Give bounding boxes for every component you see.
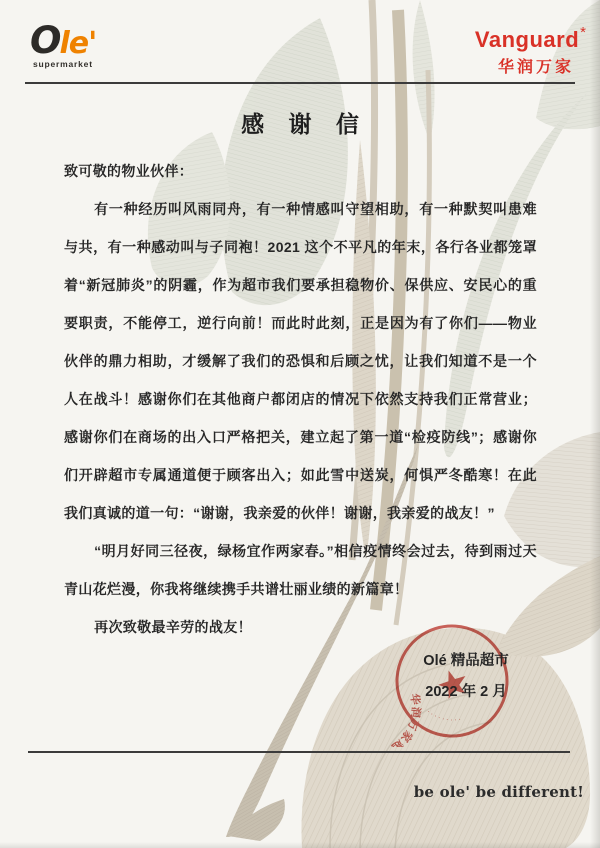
signature-org: Olé 精品超市 <box>396 646 536 677</box>
footer-rule <box>28 751 570 753</box>
vanguard-star-icon: * <box>580 24 586 41</box>
salutation: 致可敬的物业伙伴： <box>64 152 537 190</box>
paragraph-2: “明月好同三径夜，绿杨宜作两家春。”相信疫情终会过去，待到雨过天青山花烂漫，你我… <box>64 532 537 608</box>
signature-block: Olé 精品超市 2022 年 2 月 <box>396 646 536 708</box>
signature-date: 2022 年 2 月 <box>396 677 536 708</box>
scan-edge-bottom <box>0 842 600 848</box>
brand-slogan: be ole' be different! <box>414 783 584 801</box>
ole-logo-o: O <box>30 22 59 59</box>
scan-edge-right <box>590 0 600 848</box>
ole-logo: Ole' supermarket <box>30 22 96 69</box>
letter-body: 致可敬的物业伙伴： 有一种经历叫风雨同舟，有一种情感叫守望相助，有一种默契叫患难… <box>64 152 537 646</box>
letter-page: Ole' supermarket Vanguard* 华润万家 感 谢 信 致可… <box>0 0 600 848</box>
header-rule <box>25 82 575 84</box>
ole-logo-le: le' <box>59 29 96 59</box>
ole-logo-subtext: supermarket <box>30 60 96 69</box>
vanguard-wordmark: Vanguard <box>475 27 579 52</box>
vanguard-logo: Vanguard* 华润万家 <box>475 24 586 77</box>
paragraph-1: 有一种经历叫风雨同舟，有一种情感叫守望相助，有一种默契叫患难与共，有一种感动叫与… <box>64 190 537 532</box>
vanguard-chinese-name: 华润万家 <box>475 54 586 77</box>
letter-title: 感 谢 信 <box>0 106 600 139</box>
